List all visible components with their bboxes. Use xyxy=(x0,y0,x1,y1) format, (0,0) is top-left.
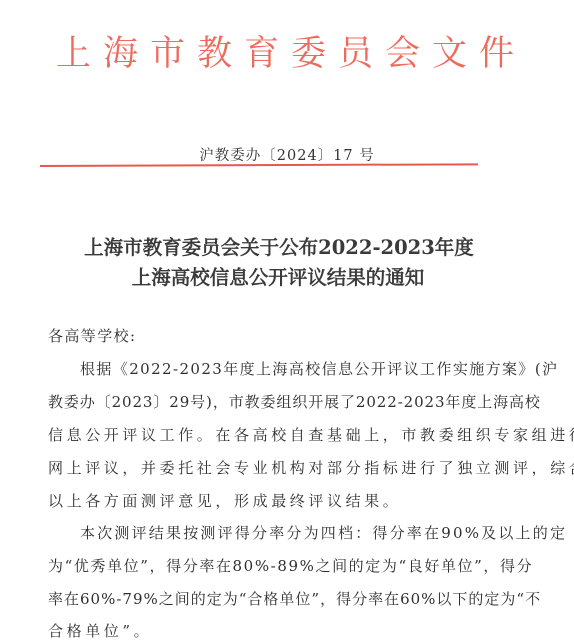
body-line-2: 教委办〔2023〕29号)，市教委组织开展了2022-2023年度上海高校 xyxy=(48,391,548,412)
body-line-7: 为“优秀单位”，得分率在80%-89%之间的定为“良好单位”，得分 xyxy=(48,555,548,576)
body-line-3: 信息公开评议工作。在各高校自查基础上，市教委组织专家组进行 xyxy=(48,424,548,445)
body-line-4: 网上评议，并委托社会专业机构对部分指标进行了独立测评，综合 xyxy=(48,457,548,478)
body-line-9: 合格单位”。 xyxy=(48,620,548,641)
red-divider-line xyxy=(40,163,478,167)
notice-title-line-2: 上海高校信息公开评议结果的通知 xyxy=(0,262,565,290)
document-number: 沪教委办〔2024〕17 号 xyxy=(0,144,574,165)
masthead-title: 上海市教育委员会文件 xyxy=(0,26,574,76)
body-line-8: 率在60%-79%之间的定为“合格单位”，得分率在60%以下的定为“不 xyxy=(48,588,548,609)
salutation: 各高等学校: xyxy=(48,325,548,346)
body-line-1: 根据《2022-2023年度上海高校信息公开评议工作实施方案》(沪 xyxy=(80,358,574,379)
body-line-5: 以上各方面测评意见，形成最终评议结果。 xyxy=(48,490,548,511)
notice-title-line-1: 上海市教育委员会关于公布2022-2023年度 xyxy=(0,232,566,260)
body-line-6: 本次测评结果按测评得分率分为四档：得分率在90%及以上的定 xyxy=(80,522,574,543)
